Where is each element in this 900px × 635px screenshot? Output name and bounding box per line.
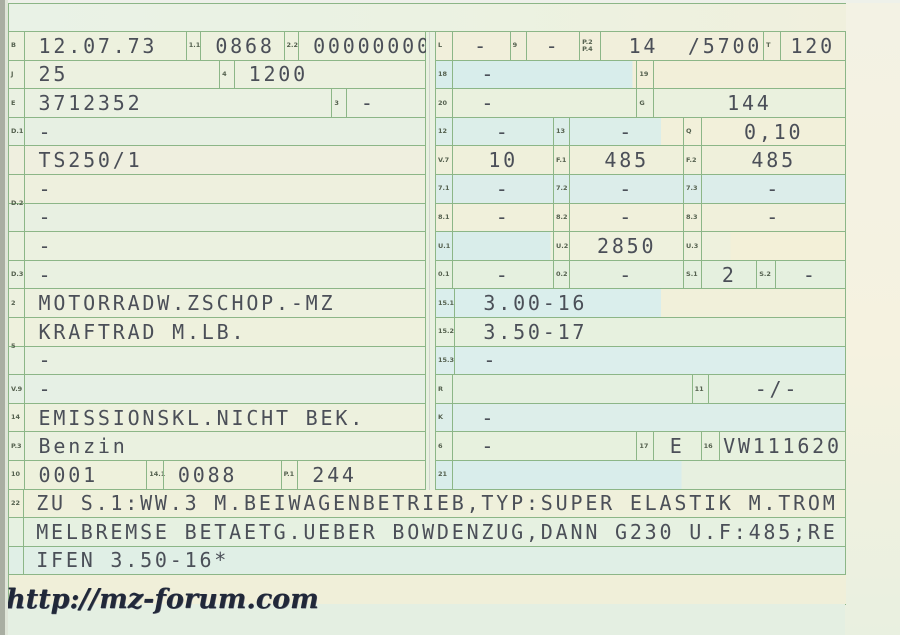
field-value-empty: - <box>569 175 683 203</box>
cell-text: -/- <box>755 377 800 401</box>
registration-form: B12.07.731.108682.200000000-J2541200E371… <box>8 3 846 605</box>
form-row: 15.13.00-16 <box>436 289 845 318</box>
field-label-15-3: 15.3 <box>436 347 454 375</box>
cell-text: E <box>11 100 15 107</box>
cell-text: 0868 <box>215 34 274 58</box>
cell-text: 3712352 <box>39 91 143 115</box>
field-value-485: 485 <box>701 146 845 174</box>
field-label-s-1: S.1 <box>683 261 701 289</box>
cell-text: - <box>483 348 498 372</box>
cell-text: 3 <box>334 100 339 107</box>
field-value-empty: - <box>569 261 683 289</box>
field-label-g: G <box>636 89 652 117</box>
form-row: - <box>9 232 425 261</box>
field-label-9: 9 <box>510 32 526 60</box>
cell-text: 7.2 <box>556 185 568 192</box>
cell-text: EMISSIONSKL.NICHT BEK. <box>39 406 366 430</box>
cell-text: L <box>438 42 442 49</box>
field-label-p-1: P.1 <box>281 461 298 489</box>
cell-text: 5 <box>11 343 16 350</box>
cell-text: IFEN 3.50-16* <box>36 548 229 572</box>
field-value-empty <box>452 232 553 260</box>
cell-text: S.2 <box>759 271 771 278</box>
cell-text: 2 <box>722 263 737 287</box>
field-value-empty: - <box>24 175 425 203</box>
field-value-120: 120 <box>780 32 845 60</box>
field-label-l: L <box>436 32 452 60</box>
field-value-empty: - <box>526 32 579 60</box>
cell-text: - <box>39 377 54 401</box>
cell-text: 120 <box>790 34 835 58</box>
field-label-0-2: 0.2 <box>553 261 569 289</box>
cell-text: 15.2 <box>438 328 454 335</box>
cell-text: 8.2 <box>556 214 568 221</box>
field-value-2: 2 <box>701 261 756 289</box>
field-value-motorradw-zschop-mz: MOTORRADW.ZSCHOP.-MZ <box>24 289 425 317</box>
form-row: TS250/1 <box>9 146 425 175</box>
field-value-0-10: 0,10 <box>701 118 845 146</box>
field-label-d-3: D.3 <box>9 261 24 289</box>
cell-text: 0001 <box>39 463 98 487</box>
field-label-j: J <box>9 61 24 89</box>
field-label-empty <box>9 232 24 260</box>
field-value-empty: - <box>452 432 636 460</box>
form-row: 7.1-7.2-7.3- <box>436 175 845 204</box>
field-label-8-2: 8.2 <box>553 204 569 232</box>
field-label-1-1: 1.1 <box>186 32 201 60</box>
form-columns: B12.07.731.108682.200000000-J2541200E371… <box>9 32 846 490</box>
field-value-empty: - <box>775 261 845 289</box>
cell-text: - <box>481 62 496 86</box>
field-value-empty: - <box>452 261 553 289</box>
cell-text: 0.2 <box>556 271 568 278</box>
field-value-empty: - <box>452 89 636 117</box>
cell-text: - <box>481 434 496 458</box>
cell-text: F.2 <box>686 157 696 164</box>
field-label-u-2: U.2 <box>553 232 569 260</box>
field-label-15-1: 15.1 <box>436 289 454 317</box>
field-label-4: 4 <box>219 61 234 89</box>
field-label-5: 5 <box>9 347 24 375</box>
form-row: U.1U.22850U.3 <box>436 232 845 261</box>
cell-text: - <box>39 234 54 258</box>
cell-text: 12.07.73 <box>39 34 158 58</box>
field-value-empty <box>653 61 845 89</box>
field-value-0001: 0001 <box>24 461 147 489</box>
cell-text: - <box>619 120 634 144</box>
cell-text: 1.1 <box>189 42 201 49</box>
cell-text: - <box>39 263 54 287</box>
field-value-emissionskl-nicht-bek: EMISSIONSKL.NICHT BEK. <box>24 404 425 432</box>
cell-text: - <box>496 177 511 201</box>
field-label-8-1: 8.1 <box>436 204 452 232</box>
field-value-3-50-17: 3.50-17 <box>454 318 845 346</box>
field-label-20: 20 <box>436 89 452 117</box>
right-field-table: L-9-P.2 P.414 /5700T12018-1920-G14412-13… <box>435 32 846 490</box>
field-label-u-1: U.1 <box>436 232 452 260</box>
field-value-e: E <box>653 432 701 460</box>
field-value-25: 25 <box>24 61 220 89</box>
form-row: 14EMISSIONSKL.NICHT BEK. <box>9 404 425 433</box>
cell-text: V.9 <box>11 386 22 393</box>
form-row: 5- <box>9 347 425 376</box>
cell-text: J <box>11 71 13 78</box>
form-row: KRAFTRAD M.LB. <box>9 318 425 347</box>
field-value-00000000: 00000000- <box>298 32 425 60</box>
cell-text: D.3 <box>11 271 23 278</box>
cell-text: 1200 <box>249 62 308 86</box>
field-label-v-7: V.7 <box>436 146 452 174</box>
form-row: 22ZU S.1:WW.3 M.BEIWAGENBETRIEB,TYP:SUPE… <box>9 490 845 519</box>
column-divider <box>426 32 435 490</box>
cell-text: F.1 <box>556 157 566 164</box>
field-label-2-2: 2.2 <box>284 32 299 60</box>
field-value-2850: 2850 <box>569 232 683 260</box>
field-label-3: 3 <box>331 89 346 117</box>
cell-text: 0,10 <box>744 120 803 144</box>
cell-text: - <box>803 263 818 287</box>
cell-text: Q <box>686 128 692 135</box>
field-value-empty: - <box>569 204 683 232</box>
form-row: 20-G144 <box>436 89 845 118</box>
field-label-6: 6 <box>436 432 452 460</box>
cell-text: 485 <box>604 148 649 172</box>
cell-text: K <box>438 414 443 421</box>
field-value-melbremse-betaetg-ueber-bowdenzug-dann-g230-u-f-485-re: MELBREMSE BETAETG.UEBER BOWDENZUG,DANN G… <box>23 518 845 546</box>
vehicle-registration-scan: B12.07.731.108682.200000000-J2541200E371… <box>0 0 900 635</box>
cell-text: - <box>39 205 54 229</box>
field-value-ifen-3-50-16: IFEN 3.50-16* <box>23 547 845 575</box>
field-label-14-1: 14.1 <box>146 461 163 489</box>
form-row: 6-17E16VW111620 <box>436 432 845 461</box>
field-label-18: 18 <box>436 61 452 89</box>
cell-text: Benzin <box>39 434 128 458</box>
field-value-kraftrad-m-lb: KRAFTRAD M.LB. <box>24 318 425 346</box>
cell-text: - <box>39 348 54 372</box>
field-label-r: R <box>436 375 452 403</box>
cell-text: R <box>438 386 443 393</box>
field-value-244: 244 <box>297 461 425 489</box>
cell-text: P.3 <box>11 443 22 450</box>
field-value-empty: - <box>24 232 425 260</box>
field-value-empty: - <box>24 204 425 232</box>
field-value-empty: - <box>24 261 425 289</box>
cell-text: 20 <box>438 100 447 107</box>
cell-text: 19 <box>639 71 648 78</box>
cell-text: E <box>670 434 685 458</box>
field-label-empty <box>9 146 24 174</box>
cell-text: MELBREMSE BETAETG.UEBER BOWDENZUG,DANN G… <box>36 520 837 544</box>
cell-text: VW111620 <box>723 434 842 458</box>
field-label-17: 17 <box>636 432 652 460</box>
field-value-10: 10 <box>452 146 553 174</box>
field-value-empty <box>452 461 845 489</box>
cell-text: 4 <box>222 71 227 78</box>
form-row: 18-19 <box>436 61 845 90</box>
cell-text: ZU S.1:WW.3 M.BEIWAGENBETRIEB,TYP:SUPER … <box>36 491 837 515</box>
form-row: D.1- <box>9 118 425 147</box>
cell-text: - <box>496 263 511 287</box>
form-row: E37123523- <box>9 89 425 118</box>
cell-text: 8.1 <box>438 214 450 221</box>
form-row: D.3- <box>9 261 425 290</box>
field-value-empty: - <box>24 375 425 403</box>
field-label-7-1: 7.1 <box>436 175 452 203</box>
field-value-0088: 0088 <box>163 461 281 489</box>
cell-text: 244 <box>312 463 357 487</box>
cell-text: - <box>766 177 781 201</box>
field-label-p-3: P.3 <box>9 432 24 460</box>
cell-text: U.3 <box>686 243 698 250</box>
form-row: 10000114.10088P.1244 <box>9 461 425 490</box>
cell-text: T <box>766 42 770 49</box>
cell-text: 6 <box>438 443 443 450</box>
field-value-empty: - <box>452 175 553 203</box>
field-value-3-00-16: 3.00-16 <box>454 289 845 317</box>
cell-text: - <box>496 205 511 229</box>
cell-text: 7.1 <box>438 185 450 192</box>
cell-text: 18 <box>438 71 447 78</box>
field-label-s-2: S.2 <box>756 261 774 289</box>
cell-text: 3.50-17 <box>483 320 587 344</box>
cell-text: G <box>639 100 644 107</box>
field-value-14-5700: 14 /5700 <box>600 32 764 60</box>
left-field-table: B12.07.731.108682.200000000-J2541200E371… <box>9 32 426 490</box>
field-value-0868: 0868 <box>200 32 283 60</box>
field-label-k: K <box>436 404 452 432</box>
field-label-19: 19 <box>636 61 652 89</box>
cell-text: U.2 <box>556 243 568 250</box>
cell-text: 2.2 <box>287 42 299 49</box>
cell-text: V.7 <box>438 157 449 164</box>
form-row: B12.07.731.108682.200000000- <box>9 32 425 61</box>
field-label-f-2: F.2 <box>683 146 701 174</box>
cell-text: B <box>11 42 16 49</box>
field-value-empty: - <box>346 89 425 117</box>
cell-text: MOTORRADW.ZSCHOP.-MZ <box>39 291 336 315</box>
cell-text: 10 <box>11 471 20 478</box>
cell-text: P.2 P.4 <box>582 39 593 53</box>
field-label-12: 12 <box>436 118 452 146</box>
cell-text: 16 <box>704 443 713 450</box>
form-row: V.9- <box>9 375 425 404</box>
field-label-0-1: 0.1 <box>436 261 452 289</box>
cell-text: S.1 <box>686 271 698 278</box>
field-label-v-9: V.9 <box>9 375 24 403</box>
field-label-t: T <box>763 32 779 60</box>
field-value-vw111620: VW111620 <box>719 432 845 460</box>
field-label-b: B <box>9 32 24 60</box>
cell-text: - <box>546 34 561 58</box>
cell-text: 3.00-16 <box>483 291 587 315</box>
form-row: 15.3- <box>436 347 845 376</box>
field-label-7-2: 7.2 <box>553 175 569 203</box>
remarks-field-22: 22ZU S.1:WW.3 M.BEIWAGENBETRIEB,TYP:SUPE… <box>9 490 846 576</box>
cell-text: P.1 <box>284 471 295 478</box>
field-label-2: 2 <box>9 289 24 317</box>
field-value-empty: - <box>24 347 425 375</box>
field-label-22: 22 <box>9 490 23 518</box>
field-value-12-07-73: 12.07.73 <box>24 32 186 60</box>
cell-text: 14 <box>11 414 20 421</box>
form-row: 15.23.50-17 <box>436 318 845 347</box>
field-value-empty: - <box>569 118 683 146</box>
field-label-d-1: D.1 <box>9 118 24 146</box>
cell-text: 9 <box>513 42 518 49</box>
cell-text: 22 <box>11 500 20 507</box>
cell-text: 13 <box>556 128 565 135</box>
field-label-q: Q <box>683 118 701 146</box>
cell-text: 0.1 <box>438 271 450 278</box>
field-value-empty: - <box>452 404 845 432</box>
cell-text: - <box>39 177 54 201</box>
form-row: V.710F.1485F.2485 <box>436 146 845 175</box>
field-label-7-3: 7.3 <box>683 175 701 203</box>
field-value-empty <box>452 375 691 403</box>
form-row: R11-/- <box>436 375 845 404</box>
field-value-benzin: Benzin <box>24 432 425 460</box>
cell-text: - <box>481 406 496 430</box>
form-row: D.2- <box>9 204 425 233</box>
cell-text: 0088 <box>178 463 237 487</box>
field-label-13: 13 <box>553 118 569 146</box>
cell-text: 15.3 <box>438 357 454 364</box>
form-row: K- <box>436 404 845 433</box>
field-value-empty: - <box>452 118 553 146</box>
field-value-empty: - <box>24 118 425 146</box>
form-row: MELBREMSE BETAETG.UEBER BOWDENZUG,DANN G… <box>9 518 845 547</box>
field-value-3712352: 3712352 <box>24 89 332 117</box>
field-label-14: 14 <box>9 404 24 432</box>
field-label-f-1: F.1 <box>553 146 569 174</box>
cell-text: - <box>481 91 496 115</box>
cell-text: - <box>496 120 511 144</box>
cell-text: 12 <box>438 128 447 135</box>
cell-text: 2850 <box>597 234 656 258</box>
cell-text: - <box>39 120 54 144</box>
cell-text: 8.3 <box>686 214 698 221</box>
form-header-strip <box>9 4 846 32</box>
field-label-u-3: U.3 <box>683 232 701 260</box>
field-label-21: 21 <box>436 461 452 489</box>
form-row: 12-13-Q0,10 <box>436 118 845 147</box>
cell-text: - <box>766 205 781 229</box>
field-value-1200: 1200 <box>234 61 425 89</box>
field-value-empty: - <box>701 175 845 203</box>
field-value-zu-s-1-ww-3-m-beiwagenbetrieb-typ-super-elastik-m-trom: ZU S.1:WW.3 M.BEIWAGENBETRIEB,TYP:SUPER … <box>23 490 845 518</box>
field-value-empty: - <box>701 204 845 232</box>
form-row: 21 <box>436 461 845 490</box>
form-row: 0.1-0.2-S.12S.2- <box>436 261 845 290</box>
cell-text: TS250/1 <box>39 148 143 172</box>
cell-text: - <box>619 263 634 287</box>
form-row: - <box>9 175 425 204</box>
field-value-empty: - <box>454 347 845 375</box>
field-label-d-2: D.2 <box>9 204 24 232</box>
cell-text: 2 <box>11 300 16 307</box>
field-label-10: 10 <box>9 461 24 489</box>
field-label-11: 11 <box>692 375 708 403</box>
cell-text: KRAFTRAD M.LB. <box>39 320 247 344</box>
field-label-empty <box>9 547 23 575</box>
watermark-url: http://mz-forum.com <box>6 584 319 615</box>
field-label-16: 16 <box>701 432 719 460</box>
form-row: IFEN 3.50-16* <box>9 547 845 576</box>
cell-text: 144 <box>727 91 772 115</box>
field-value-144: 144 <box>653 89 845 117</box>
form-row: 8.1-8.2-8.3- <box>436 204 845 233</box>
cell-text: - <box>361 91 376 115</box>
field-value-empty: - <box>452 204 553 232</box>
cell-text: 25 <box>39 62 69 86</box>
field-label-15-2: 15.2 <box>436 318 454 346</box>
scan-edge-highlight <box>5 0 8 635</box>
cell-text: D.1 <box>11 128 23 135</box>
form-row: P.3Benzin <box>9 432 425 461</box>
cell-text: 485 <box>751 148 796 172</box>
cell-text: - <box>619 177 634 201</box>
field-value-empty: -/- <box>708 375 845 403</box>
field-label-p-2-p-4: P.2 P.4 <box>579 32 599 60</box>
cell-text: 21 <box>438 471 447 478</box>
cell-text: - <box>619 205 634 229</box>
form-row: J2541200 <box>9 61 425 90</box>
cell-text: 7.3 <box>686 185 698 192</box>
field-label-empty <box>9 518 23 546</box>
cell-text: 11 <box>695 386 704 393</box>
field-value-485: 485 <box>569 146 683 174</box>
cell-text: D.2 <box>11 200 23 207</box>
field-value-empty <box>701 232 845 260</box>
cell-text: - <box>474 34 489 58</box>
scan-margin-right <box>845 0 900 635</box>
field-label-8-3: 8.3 <box>683 204 701 232</box>
field-label-e: E <box>9 89 24 117</box>
cell-text: 10 <box>488 148 518 172</box>
cell-text: 17 <box>639 443 648 450</box>
field-value-empty: - <box>452 32 509 60</box>
cell-text: 14 /5700 <box>629 34 763 58</box>
cell-text: 15.1 <box>438 300 454 307</box>
form-row: L-9-P.2 P.414 /5700T120 <box>436 32 845 61</box>
field-value-ts250-1: TS250/1 <box>24 146 425 174</box>
cell-text: U.1 <box>438 243 450 250</box>
field-value-empty: - <box>452 61 636 89</box>
form-row: 2MOTORRADW.ZSCHOP.-MZ <box>9 289 425 318</box>
